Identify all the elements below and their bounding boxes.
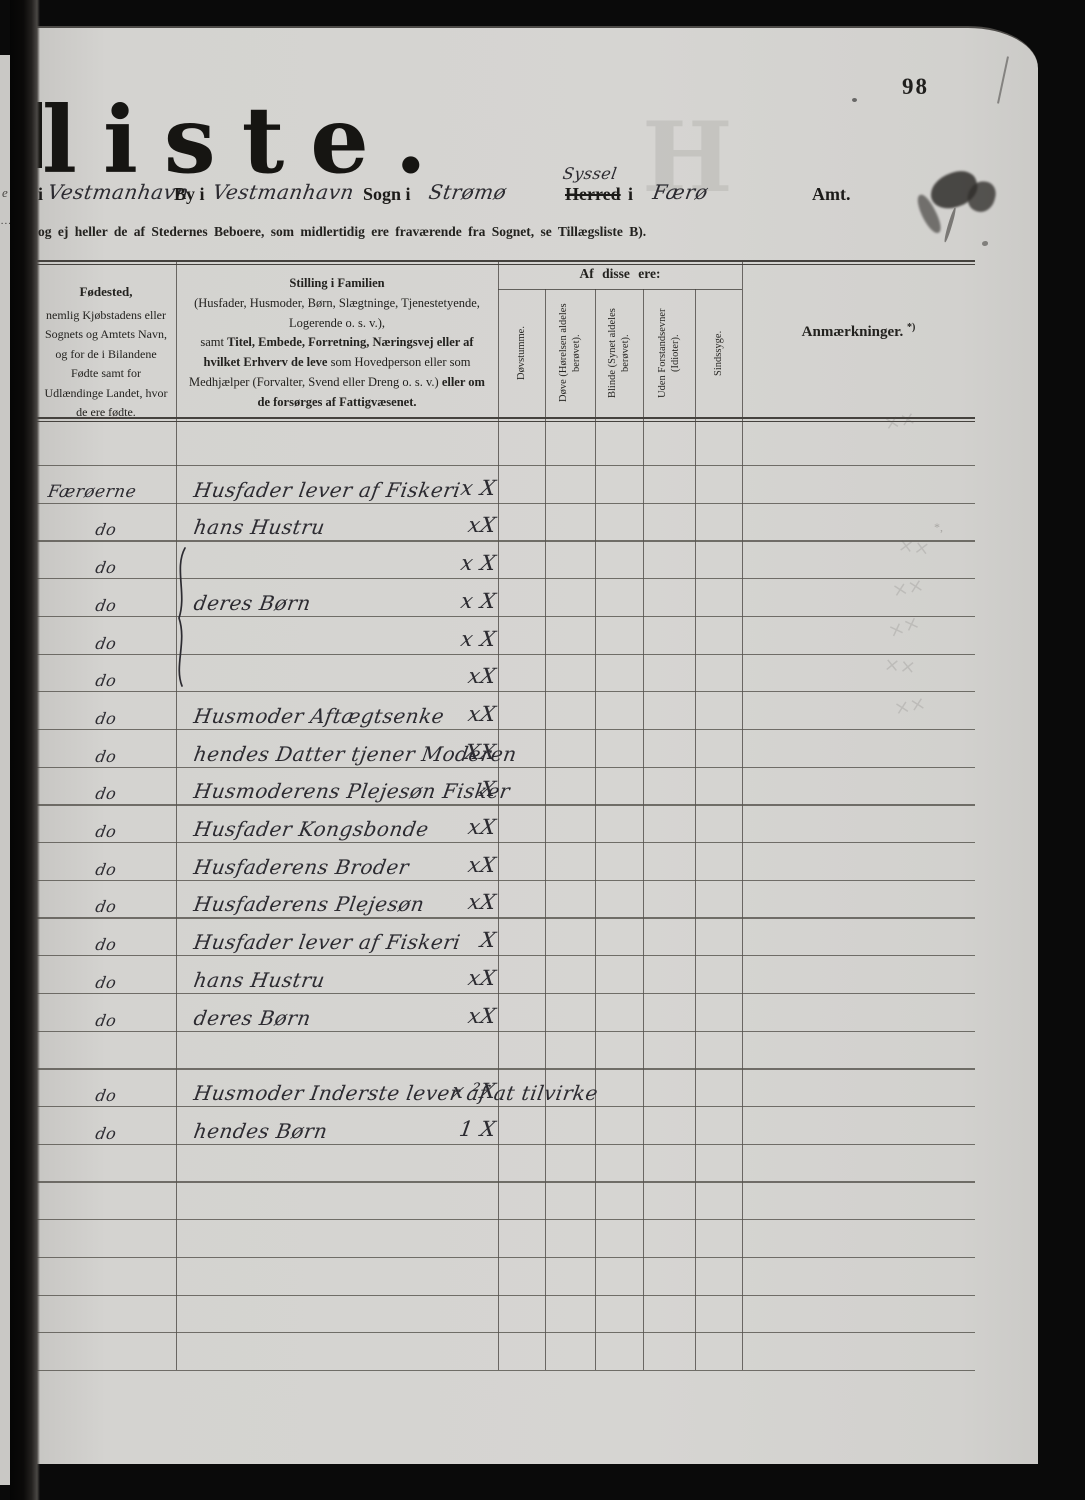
- page-title: liste.: [42, 94, 453, 186]
- grouping-brace: [170, 546, 190, 688]
- position-entry: Husfaderens Plejesøn: [174, 892, 426, 916]
- rotated-column-header: Døvstumme.: [498, 293, 545, 413]
- table-row: [36, 1144, 975, 1182]
- position-header-text: (Husfader, Husmoder, Børn, Slægtninge, T…: [182, 294, 492, 334]
- position-entry: hans Hustru: [174, 515, 327, 539]
- table-row: dohendes Børn1 X: [36, 1106, 975, 1144]
- position-entry: Husmoder Inderste lever af at tilvirke: [174, 1081, 600, 1105]
- birthplace-entry: do: [34, 860, 177, 879]
- ink-speck: [852, 98, 857, 102]
- table-row: [36, 421, 975, 465]
- birthplace-entry: do: [34, 1086, 177, 1105]
- tally-marks: xX: [390, 1004, 498, 1028]
- position-header-text: samt: [200, 335, 227, 349]
- handwritten-place-entry: Færø: [651, 180, 710, 204]
- birthplace-entry: do: [34, 747, 177, 766]
- birthplace-entry: do: [34, 973, 177, 992]
- birthplace-entry: do: [34, 634, 177, 653]
- tally-marks: X: [390, 777, 498, 801]
- location-fill-line: iVestmanhavnBy iVestmanhavnSogn iStrømøH…: [36, 174, 1038, 220]
- position-entry: hans Hustru: [174, 968, 327, 992]
- table-row: doHusmoder Inderste lever af at tilvirke…: [36, 1068, 975, 1106]
- table-row: dohendes Datter tjener ModerenXX: [36, 729, 975, 767]
- position-entry: hendes Børn: [174, 1119, 329, 1143]
- birthplace-header-title: Fødested,: [42, 284, 170, 300]
- rotated-column-header: Blinde (Synet aldeles berøvet).: [595, 293, 643, 413]
- birthplace-column-header: Fødested, nemlig Kjøbstadens eller Sogne…: [42, 284, 170, 423]
- tally-marks: xX: [390, 815, 498, 839]
- tally-marks: x X: [390, 627, 498, 651]
- printed-label: HerredSyssel: [565, 184, 621, 205]
- tally-marks: xX: [390, 664, 498, 688]
- rotated-column-header: Sindssyge.: [695, 293, 742, 413]
- tally-marks: xX: [390, 853, 498, 877]
- edge-text-fragment: e: [2, 185, 8, 201]
- printed-label: By i: [174, 184, 205, 205]
- table-row: [36, 1332, 975, 1370]
- tally-marks: xX: [390, 702, 498, 726]
- form-note: og ej heller de af Stedernes Beboere, so…: [38, 224, 718, 240]
- position-column-header: Stilling i Familien(Husfader, Husmoder, …: [182, 274, 492, 412]
- bleed-through-mark: ××: [897, 534, 932, 560]
- birthplace-entry: do: [34, 897, 177, 916]
- rotated-column-header: Uden Forstandsevner (Idioter).: [643, 293, 695, 413]
- birthplace-entry: do: [34, 1124, 177, 1143]
- table-row: doHusfader lever af FiskeriX: [36, 917, 975, 955]
- position-entry: deres Børn: [174, 1006, 313, 1030]
- birthplace-entry: Færøerne: [34, 482, 189, 502]
- handwritten-correction: Syssel: [561, 164, 618, 183]
- birthplace-entry: do: [34, 709, 177, 728]
- binding-gutter: [10, 0, 40, 1500]
- birthplace-entry: do: [34, 784, 177, 803]
- census-scan: e ... 98 liste. H iVestmanhavnBy iVestma…: [0, 0, 1085, 1500]
- tally-marks: x X: [390, 589, 498, 613]
- printed-label: Amt.: [812, 184, 851, 205]
- tally-marks: xX: [390, 513, 498, 537]
- printed-label: Sogn i: [363, 184, 411, 205]
- table-row: [36, 1031, 975, 1069]
- tally-marks: x X: [390, 551, 498, 575]
- position-entry: deres Børn: [174, 591, 313, 615]
- birthplace-header-body: nemlig Kjøbstadens eller Sognets og Amte…: [45, 308, 168, 419]
- table-row: FærøerneHusfader lever af Fiskerix X: [36, 465, 975, 503]
- tally-marks: xX: [390, 890, 498, 914]
- table-row: doHusmoder AftægtsenkexX: [36, 691, 975, 729]
- tally-marks: X: [390, 928, 498, 952]
- birthplace-entry: do: [34, 935, 177, 954]
- printed-label: i: [628, 184, 633, 205]
- handwritten-place-entry: Strømø: [427, 180, 508, 204]
- table-row: [36, 1181, 975, 1219]
- birthplace-entry: do: [34, 558, 177, 577]
- tally-marks: x ²X: [390, 1079, 498, 1103]
- tally-marks: XX: [390, 740, 498, 764]
- group-column-header: Af disse ere:: [498, 266, 742, 282]
- table-row: doHusmoderens Plejesøn FiskerX: [36, 767, 975, 805]
- rotated-column-header: Døve (Hørelsen aldeles berøvet).: [545, 293, 595, 413]
- table-row: [36, 1257, 975, 1295]
- census-form-page: 98 liste. H iVestmanhavnBy iVestmanhavnS…: [36, 26, 1038, 1464]
- table-row: doHusfaderens PlejesønxX: [36, 880, 975, 918]
- birthplace-entry: do: [34, 822, 177, 841]
- position-entry: Husfaderens Broder: [174, 855, 411, 879]
- birthplace-entry: do: [34, 1011, 177, 1030]
- table-row: doderes BørnxX: [36, 993, 975, 1031]
- census-table: Af disse ere: Fødested, nemlig Kjøbstade…: [36, 260, 975, 1372]
- table-row: doHusfaderens BroderxX: [36, 842, 975, 880]
- table-row: dohans HustruxX: [36, 503, 975, 541]
- page-number: 98: [902, 74, 929, 100]
- tally-marks: 1 X: [390, 1117, 498, 1141]
- birthplace-entry: do: [34, 596, 177, 615]
- table-row: [36, 1295, 975, 1333]
- tally-marks: x X: [390, 476, 498, 500]
- footnote-marker: *): [907, 322, 915, 333]
- handwritten-place-entry: Vestmanhavn: [46, 180, 191, 204]
- scratch-mark: [997, 56, 1009, 103]
- bleed-through-mark: ××: [883, 653, 917, 678]
- table-row: [36, 1219, 975, 1257]
- birthplace-entry: do: [34, 671, 177, 690]
- birthplace-entry: do: [34, 520, 177, 539]
- table-row: doHusfader KongsbondexX: [36, 804, 975, 842]
- group-header-rule: [498, 289, 742, 290]
- position-header-text: Stilling i Familien: [182, 274, 492, 294]
- tally-marks: xX: [390, 966, 498, 990]
- remarks-column-header: Anmærkninger. *): [742, 322, 975, 341]
- handwritten-place-entry: Vestmanhavn: [211, 180, 356, 204]
- table-row: dohans HustruxX: [36, 955, 975, 993]
